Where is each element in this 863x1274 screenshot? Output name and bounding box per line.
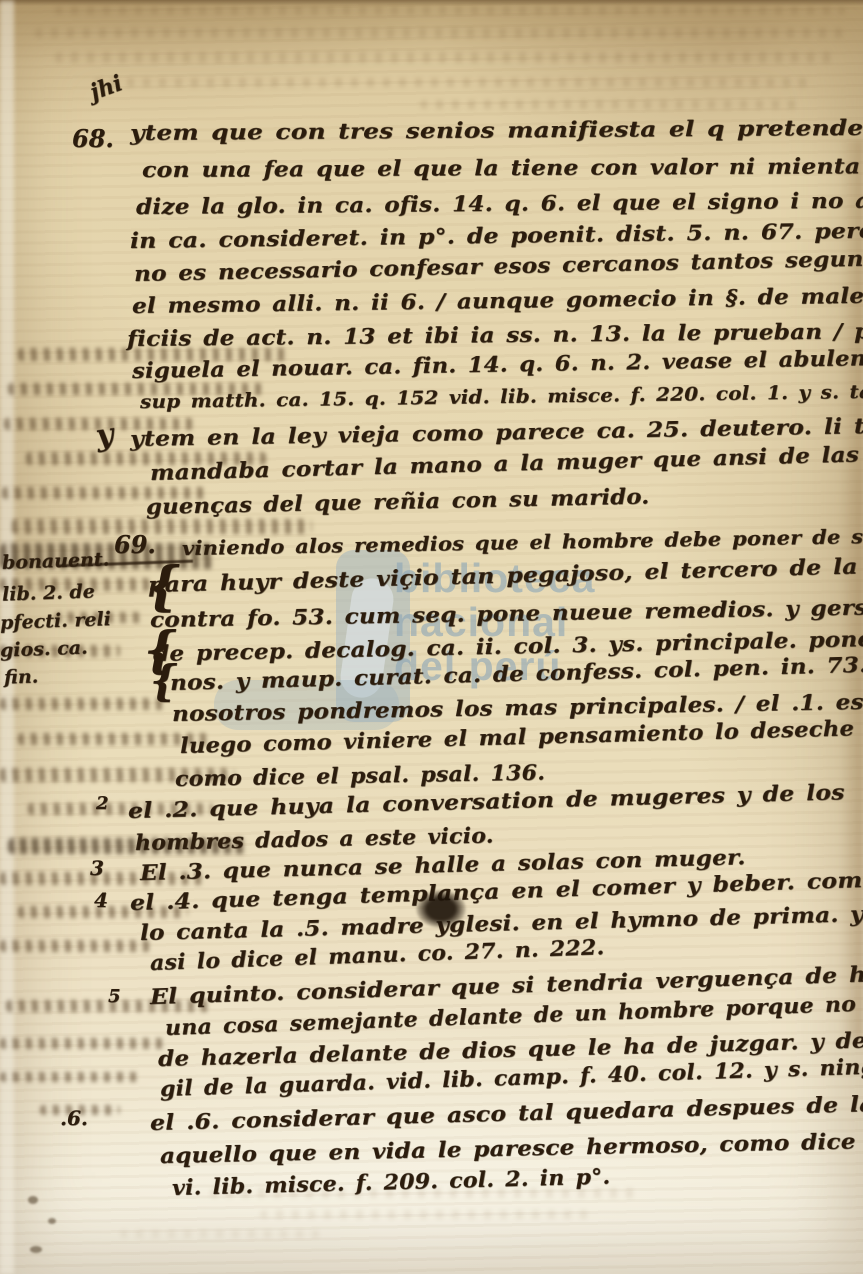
item-marker-4: 4	[94, 888, 108, 912]
margin-note-line: lib. 2. de	[2, 580, 95, 605]
manuscript-page: biblioteca nacional del perú jhi 68. y 6…	[0, 0, 863, 1274]
item-marker-5: 5	[108, 986, 121, 1007]
item-marker-2: 2	[96, 793, 109, 814]
section-number-69: 69.	[114, 530, 156, 559]
margin-note-line: fin.	[4, 665, 39, 688]
manuscript-line: con una fea que el que la tiene con valo…	[142, 153, 863, 182]
margin-note-line: bonauent.	[2, 548, 110, 574]
ink-blot	[416, 890, 466, 928]
margin-note-line: gios. ca.	[0, 636, 88, 661]
margin-note-line: pfecti. reli	[0, 608, 111, 634]
manuscript-line: ytem que con tres senios manifiesta el q…	[130, 114, 863, 145]
item-marker-6: .6.	[60, 1106, 88, 1130]
item-marker-3: 3	[90, 856, 104, 880]
section-number-68: 68.	[72, 124, 114, 153]
